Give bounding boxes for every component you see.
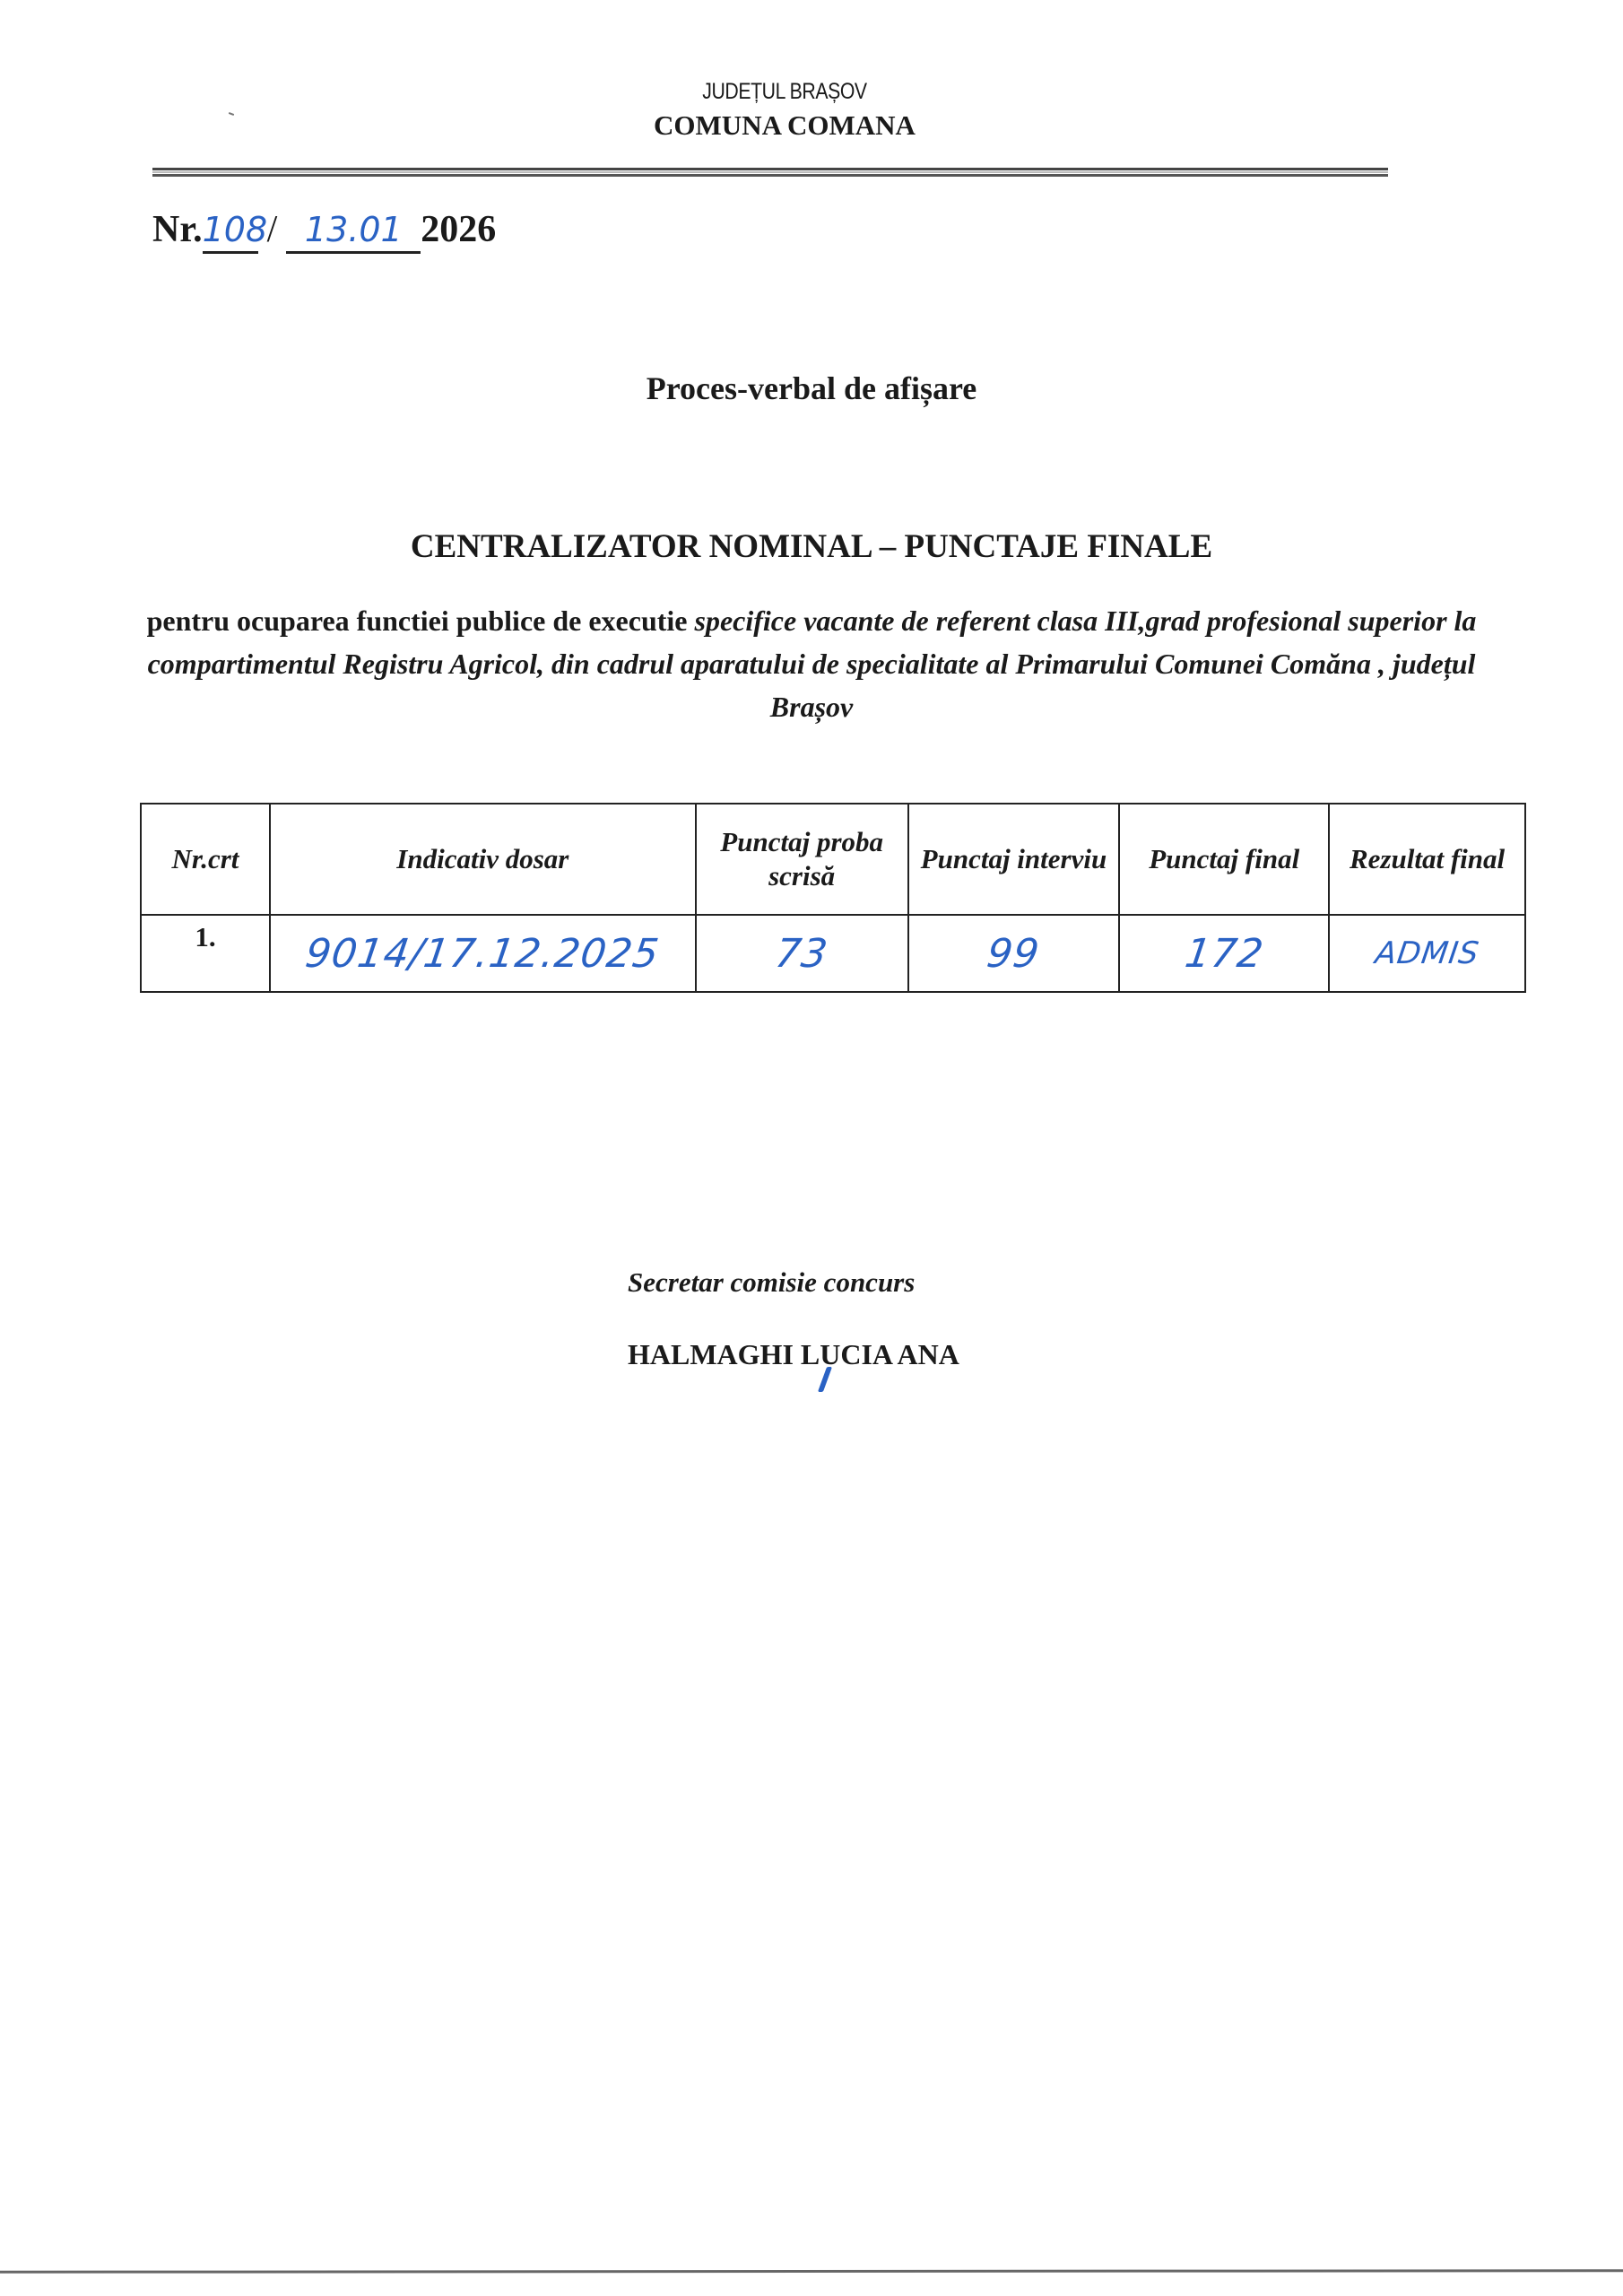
signature-name: HALMAGHI LUCIA ANA <box>628 1338 959 1371</box>
column-header-indicativ: Indicativ dosar <box>270 804 696 915</box>
proba-scrisa-value: 73 <box>773 931 831 977</box>
header-divider <box>152 168 1388 178</box>
registration-year: 2026 <box>421 209 496 250</box>
interviu-value: 99 <box>985 931 1043 977</box>
registration-date: 13.01 <box>305 210 403 249</box>
cell-rezultat-final: ADMIS <box>1329 915 1525 992</box>
registration-number: 108 <box>203 210 268 249</box>
punctaj-final-value: 172 <box>1182 931 1266 977</box>
commune-name: COMUNA COMANA <box>628 109 942 142</box>
registration-line: Nr.108/13.012026 <box>152 208 496 254</box>
column-header-interviu: Punctaj interviu <box>908 804 1120 915</box>
cell-nr: 1. <box>141 915 270 992</box>
results-table: Nr.crt Indicativ dosar Punctaj proba scr… <box>140 803 1526 993</box>
column-header-proba-scrisa: Punctaj proba scrisă <box>696 804 908 915</box>
registration-date-field: 13.01 <box>286 208 421 254</box>
county-name: JUDEȚUL BRAȘOV <box>666 79 903 105</box>
column-header-nr: Nr.crt <box>141 804 270 915</box>
table-header-row: Nr.crt Indicativ dosar Punctaj proba scr… <box>141 804 1525 915</box>
cell-indicativ-dosar: 9014/17.12.2025 <box>270 915 696 992</box>
scan-speck <box>229 112 234 116</box>
column-header-punctaj-final: Punctaj final <box>1119 804 1329 915</box>
document-title: Proces-verbal de afișare <box>0 370 1623 407</box>
table-row: 1. 9014/17.12.2025 73 99 172 ADMIS <box>141 915 1525 992</box>
indicativ-dosar-value: 9014/17.12.2025 <box>303 931 663 977</box>
registration-separator: / <box>267 209 278 250</box>
signature-role: Secretar comisie concurs <box>628 1266 915 1299</box>
registration-prefix: Nr. <box>152 209 203 250</box>
main-title: CENTRALIZATOR NOMINAL – PUNCTAJE FINALE <box>0 527 1623 566</box>
description-plain: pentru ocuparea functiei publice de exec… <box>147 604 695 637</box>
cell-punctaj-final: 172 <box>1119 915 1329 992</box>
cell-interviu: 99 <box>908 915 1120 992</box>
rezultat-final-value: ADMIS <box>1373 935 1481 971</box>
registration-number-field: 108 <box>203 208 258 254</box>
position-description: pentru ocuparea functiei publice de exec… <box>135 599 1488 728</box>
column-header-rezultat-final: Rezultat final <box>1329 804 1525 915</box>
cell-proba-scrisa: 73 <box>696 915 908 992</box>
page-bottom-edge <box>0 2269 1623 2274</box>
